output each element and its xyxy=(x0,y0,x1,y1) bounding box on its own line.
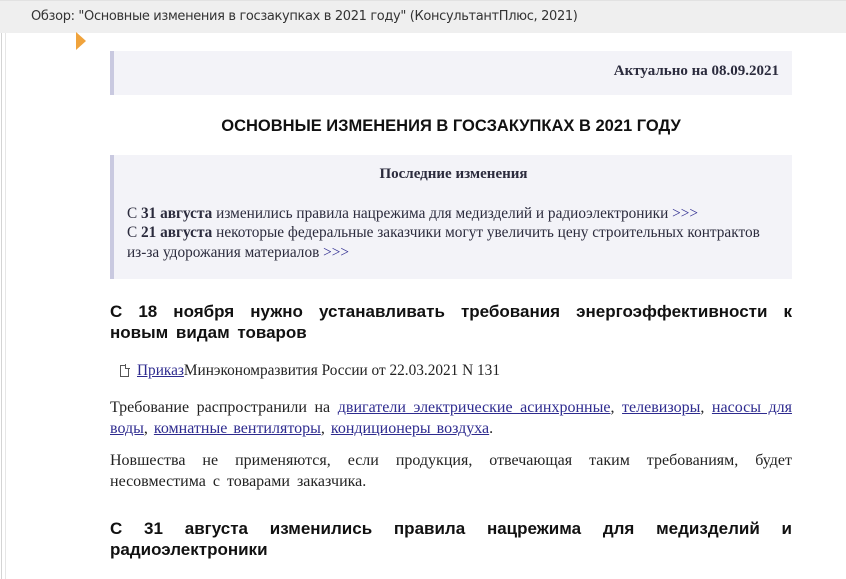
window-title: Обзор: "Основные изменения в госзакупках… xyxy=(31,9,578,24)
separator: , xyxy=(144,420,154,437)
item-text: изменились правила нацрежима для медизде… xyxy=(212,205,672,222)
separator: , xyxy=(700,399,712,416)
recent-changes-title: Последние изменения xyxy=(127,165,780,185)
product-link[interactable]: двигатели электрические асинхронные xyxy=(338,399,611,416)
window-title-bar: Обзор: "Основные изменения в госзакупках… xyxy=(0,0,846,33)
paragraph-suffix: . xyxy=(489,420,493,437)
bookmark-marker-icon[interactable] xyxy=(76,32,86,50)
law-ref-text: Минэкономразвития России от 22.03.2021 N… xyxy=(184,362,500,380)
law-link[interactable]: Приказ xyxy=(137,362,184,380)
paragraph: Требование распространили на двигатели э… xyxy=(110,397,792,439)
law-reference: Приказ Минэкономразвития России от 22.03… xyxy=(120,362,792,380)
separator: , xyxy=(610,399,622,416)
product-link[interactable]: кондиционеры воздуха xyxy=(331,420,489,437)
item-date: 31 августа xyxy=(141,205,212,222)
document-body: Актуально на 08.09.2021 ОСНОВНЫЕ ИЗМЕНЕН… xyxy=(110,51,792,560)
more-link[interactable]: >>> xyxy=(323,244,349,261)
document-icon xyxy=(120,365,129,377)
left-border xyxy=(1,33,6,579)
item-date: 21 августа xyxy=(141,224,212,241)
item-text: некоторые федеральные заказчики могут ув… xyxy=(127,224,760,261)
paragraph-text: Требование распространили на xyxy=(110,399,338,416)
paragraph: Новшества не применяются, если продукция… xyxy=(110,450,792,492)
actual-date-box: Актуально на 08.09.2021 xyxy=(110,51,792,95)
product-link[interactable]: комнатные вентиляторы xyxy=(154,420,321,437)
recent-changes-box: Последние изменения С 31 августа изменил… xyxy=(110,155,792,279)
item-prefix: С xyxy=(127,205,141,222)
separator: , xyxy=(321,420,331,437)
more-link[interactable]: >>> xyxy=(672,205,698,222)
recent-change-item: С 21 августа некоторые федеральные заказ… xyxy=(127,223,780,262)
item-prefix: С xyxy=(127,224,141,241)
actual-date: Актуально на 08.09.2021 xyxy=(614,63,779,79)
document-title: ОСНОВНЫЕ ИЗМЕНЕНИЯ В ГОСЗАКУПКАХ В 2021 … xyxy=(110,117,792,141)
section-heading: С 31 августа изменились правила нацрежим… xyxy=(110,518,792,560)
recent-change-item: С 31 августа изменились правила нацрежим… xyxy=(127,204,780,224)
section-heading: С 18 ноября нужно устанавливать требован… xyxy=(110,301,792,343)
product-link[interactable]: телевизоры xyxy=(622,399,700,416)
